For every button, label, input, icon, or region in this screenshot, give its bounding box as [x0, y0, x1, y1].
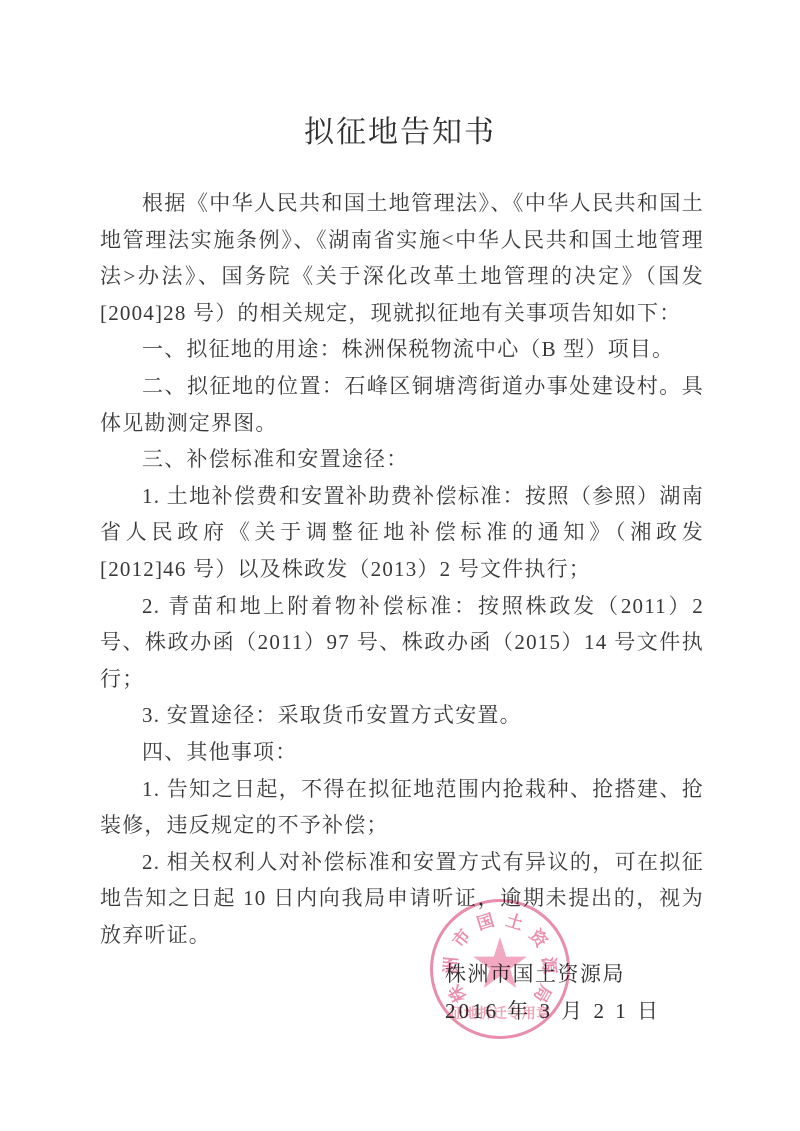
paragraph-land-compensation: 1. 土地补偿费和安置补助费补偿标准：按照（参照）湖南省人民政府《关于调整征地补…: [100, 478, 704, 588]
document-body: 根据《中华人民共和国土地管理法》、《中华人民共和国土地管理法实施条例》、《湖南省…: [100, 185, 704, 953]
paragraph-no-rush-planting: 1. 告知之日起，不得在拟征地范围内抢栽种、抢搭建、抢装修，违反规定的不予补偿；: [100, 771, 704, 844]
paragraph-resettlement: 3. 安置途径：采取货币安置方式安置。: [100, 697, 704, 734]
signature-agency: 株洲市国土资源局: [445, 956, 661, 993]
paragraph-land-location: 二、拟征地的位置：石峰区铜塘湾街道办事处建设村。具体见勘测定界图。: [100, 368, 704, 441]
paragraph-hearing-rights: 2. 相关权利人对补偿标准和安置方式有异议的，可在拟征地告知之日起 10 日内向…: [100, 844, 704, 954]
paragraph-crops-compensation: 2. 青苗和地上附着物补偿标准：按照株政发（2011）2 号、株政办函（2011…: [100, 588, 704, 698]
paragraph-land-purpose: 一、拟征地的用途：株洲保税物流中心（B 型）项目。: [100, 331, 704, 368]
paragraph-legal-basis: 根据《中华人民共和国土地管理法》、《中华人民共和国土地管理法实施条例》、《湖南省…: [100, 185, 704, 331]
document-title: 拟征地告知书: [0, 107, 800, 151]
paragraph-compensation-heading: 三、补偿标准和安置途径：: [100, 441, 704, 478]
document-page: 拟征地告知书 根据《中华人民共和国土地管理法》、《中华人民共和国土地管理法实施条…: [0, 0, 800, 1131]
signature-block: 株洲市国土资源局 2016 年 3 月 2 1 日: [445, 956, 661, 1030]
signature-date: 2016 年 3 月 2 1 日: [445, 993, 661, 1030]
paragraph-other-heading: 四、其他事项：: [100, 734, 704, 771]
